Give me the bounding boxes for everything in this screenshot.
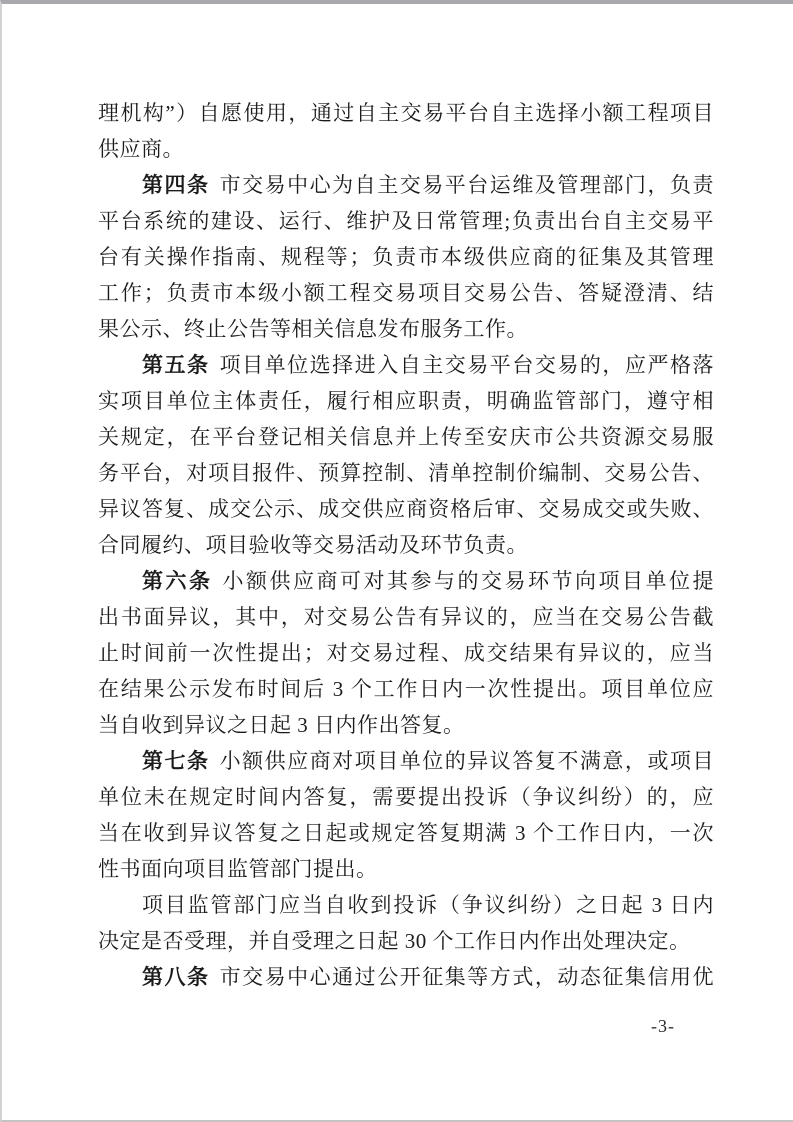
line-text: 务平台，对项目报件、预算控制、清单控制价编制、交易公告、 [98,461,714,485]
line-text: 理机构”）自愿使用，通过自主交易平台自主选择小额工程项目 [98,101,714,125]
line-text: 市交易中心为自主交易平台运维及管理部门，负责 [220,173,714,197]
text-line: 工作；负责市本级小额工程交易项目交易公告、答疑澄清、结 [98,275,714,311]
text-line: 出书面异议，其中，对交易公告有异议的，应当在交易公告截 [98,599,714,635]
text-line: 单位未在规定时间内答复，需要提出投诉（争议纠纷）的，应 [98,779,714,815]
line-text: 决定是否受理，并自受理之日起 30 个工作日内作出处理决定。 [98,929,691,953]
document-body: 理机构”）自愿使用，通过自主交易平台自主选择小额工程项目供应商。第四条市交易中心… [98,95,714,995]
text-line: 合同履约、项目验收等交易活动及环节负责。 [98,527,714,563]
line-text: 单位未在规定时间内答复，需要提出投诉（争议纠纷）的，应 [98,785,714,809]
line-text: 合同履约、项目验收等交易活动及环节负责。 [98,533,528,557]
text-line: 理机构”）自愿使用，通过自主交易平台自主选择小额工程项目 [98,95,714,131]
clause-number: 第五条 [142,353,210,377]
line-text: 果公示、终止公告等相关信息发布服务工作。 [98,317,528,341]
line-text: 台有关操作指南、规程等；负责市本级供应商的征集及其管理 [98,245,714,269]
text-line: 决定是否受理，并自受理之日起 30 个工作日内作出处理决定。 [98,923,714,959]
line-text: 在结果公示发布时间后 3 个工作日内一次性提出。项目单位应 [98,677,714,701]
text-line: 当自收到异议之日起 3 日内作出答复。 [98,707,714,743]
text-line: 项目监管部门应当自收到投诉（争议纠纷）之日起 3 日内 [98,887,714,923]
clause-number: 第七条 [142,749,210,773]
line-text: 小额供应商可对其参与的交易环节向项目单位提 [223,569,715,593]
line-text: 市交易中心通过公开征集等方式，动态征集信用优 [220,965,714,989]
line-text: 项目监管部门应当自收到投诉（争议纠纷）之日起 3 日内 [142,893,714,917]
line-text: 实项目单位主体责任，履行相应职责，明确监管部门，遵守相 [98,389,714,413]
clause-line: 第五条项目单位选择进入自主交易平台交易的，应严格落 [98,347,714,383]
line-text: 关规定，在平台登记相关信息并上传至安庆市公共资源交易服 [98,425,714,449]
line-text: 异议答复、成交公示、成交供应商资格后审、交易成交或失败、 [98,497,714,521]
clause-line: 第八条市交易中心通过公开征集等方式，动态征集信用优 [98,959,714,995]
text-line: 果公示、终止公告等相关信息发布服务工作。 [98,311,714,347]
text-line: 关规定，在平台登记相关信息并上传至安庆市公共资源交易服 [98,419,714,455]
line-text: 止时间前一次性提出；对交易过程、成交结果有异议的，应当 [98,641,714,665]
clause-number: 第八条 [142,965,210,989]
text-line: 当在收到异议答复之日起或规定答复期满 3 个工作日内，一次 [98,815,714,851]
text-line: 实项目单位主体责任，履行相应职责，明确监管部门，遵守相 [98,383,714,419]
clause-number: 第四条 [142,173,210,197]
text-line: 性书面向项目监管部门提出。 [98,851,714,887]
clause-line: 第七条小额供应商对项目单位的异议答复不满意，或项目 [98,743,714,779]
line-text: 平台系统的建设、运行、维护及日常管理;负责出台自主交易平 [98,209,714,233]
line-text: 当自收到异议之日起 3 日内作出答复。 [98,713,465,737]
text-line: 平台系统的建设、运行、维护及日常管理;负责出台自主交易平 [98,203,714,239]
text-line: 务平台，对项目报件、预算控制、清单控制价编制、交易公告、 [98,455,714,491]
clause-line: 第四条市交易中心为自主交易平台运维及管理部门，负责 [98,167,714,203]
text-line: 供应商。 [98,131,714,167]
text-line: 台有关操作指南、规程等；负责市本级供应商的征集及其管理 [98,239,714,275]
clause-number: 第六条 [142,569,213,593]
clause-line: 第六条小额供应商可对其参与的交易环节向项目单位提 [98,563,714,599]
text-line: 止时间前一次性提出；对交易过程、成交结果有异议的，应当 [98,635,714,671]
line-text: 小额供应商对项目单位的异议答复不满意，或项目 [220,749,714,773]
line-text: 工作；负责市本级小额工程交易项目交易公告、答疑澄清、结 [98,281,714,305]
line-text: 供应商。 [98,137,184,161]
line-text: 出书面异议，其中，对交易公告有异议的，应当在交易公告截 [98,605,714,629]
text-line: 异议答复、成交公示、成交供应商资格后审、交易成交或失败、 [98,491,714,527]
line-text: 性书面向项目监管部门提出。 [98,857,378,881]
document-page: 理机构”）自愿使用，通过自主交易平台自主选择小额工程项目供应商。第四条市交易中心… [0,0,793,1122]
text-line: 在结果公示发布时间后 3 个工作日内一次性提出。项目单位应 [98,671,714,707]
line-text: 项目单位选择进入自主交易平台交易的，应严格落 [220,353,714,377]
page-number: -3- [651,1016,675,1037]
line-text: 当在收到异议答复之日起或规定答复期满 3 个工作日内，一次 [98,821,714,845]
